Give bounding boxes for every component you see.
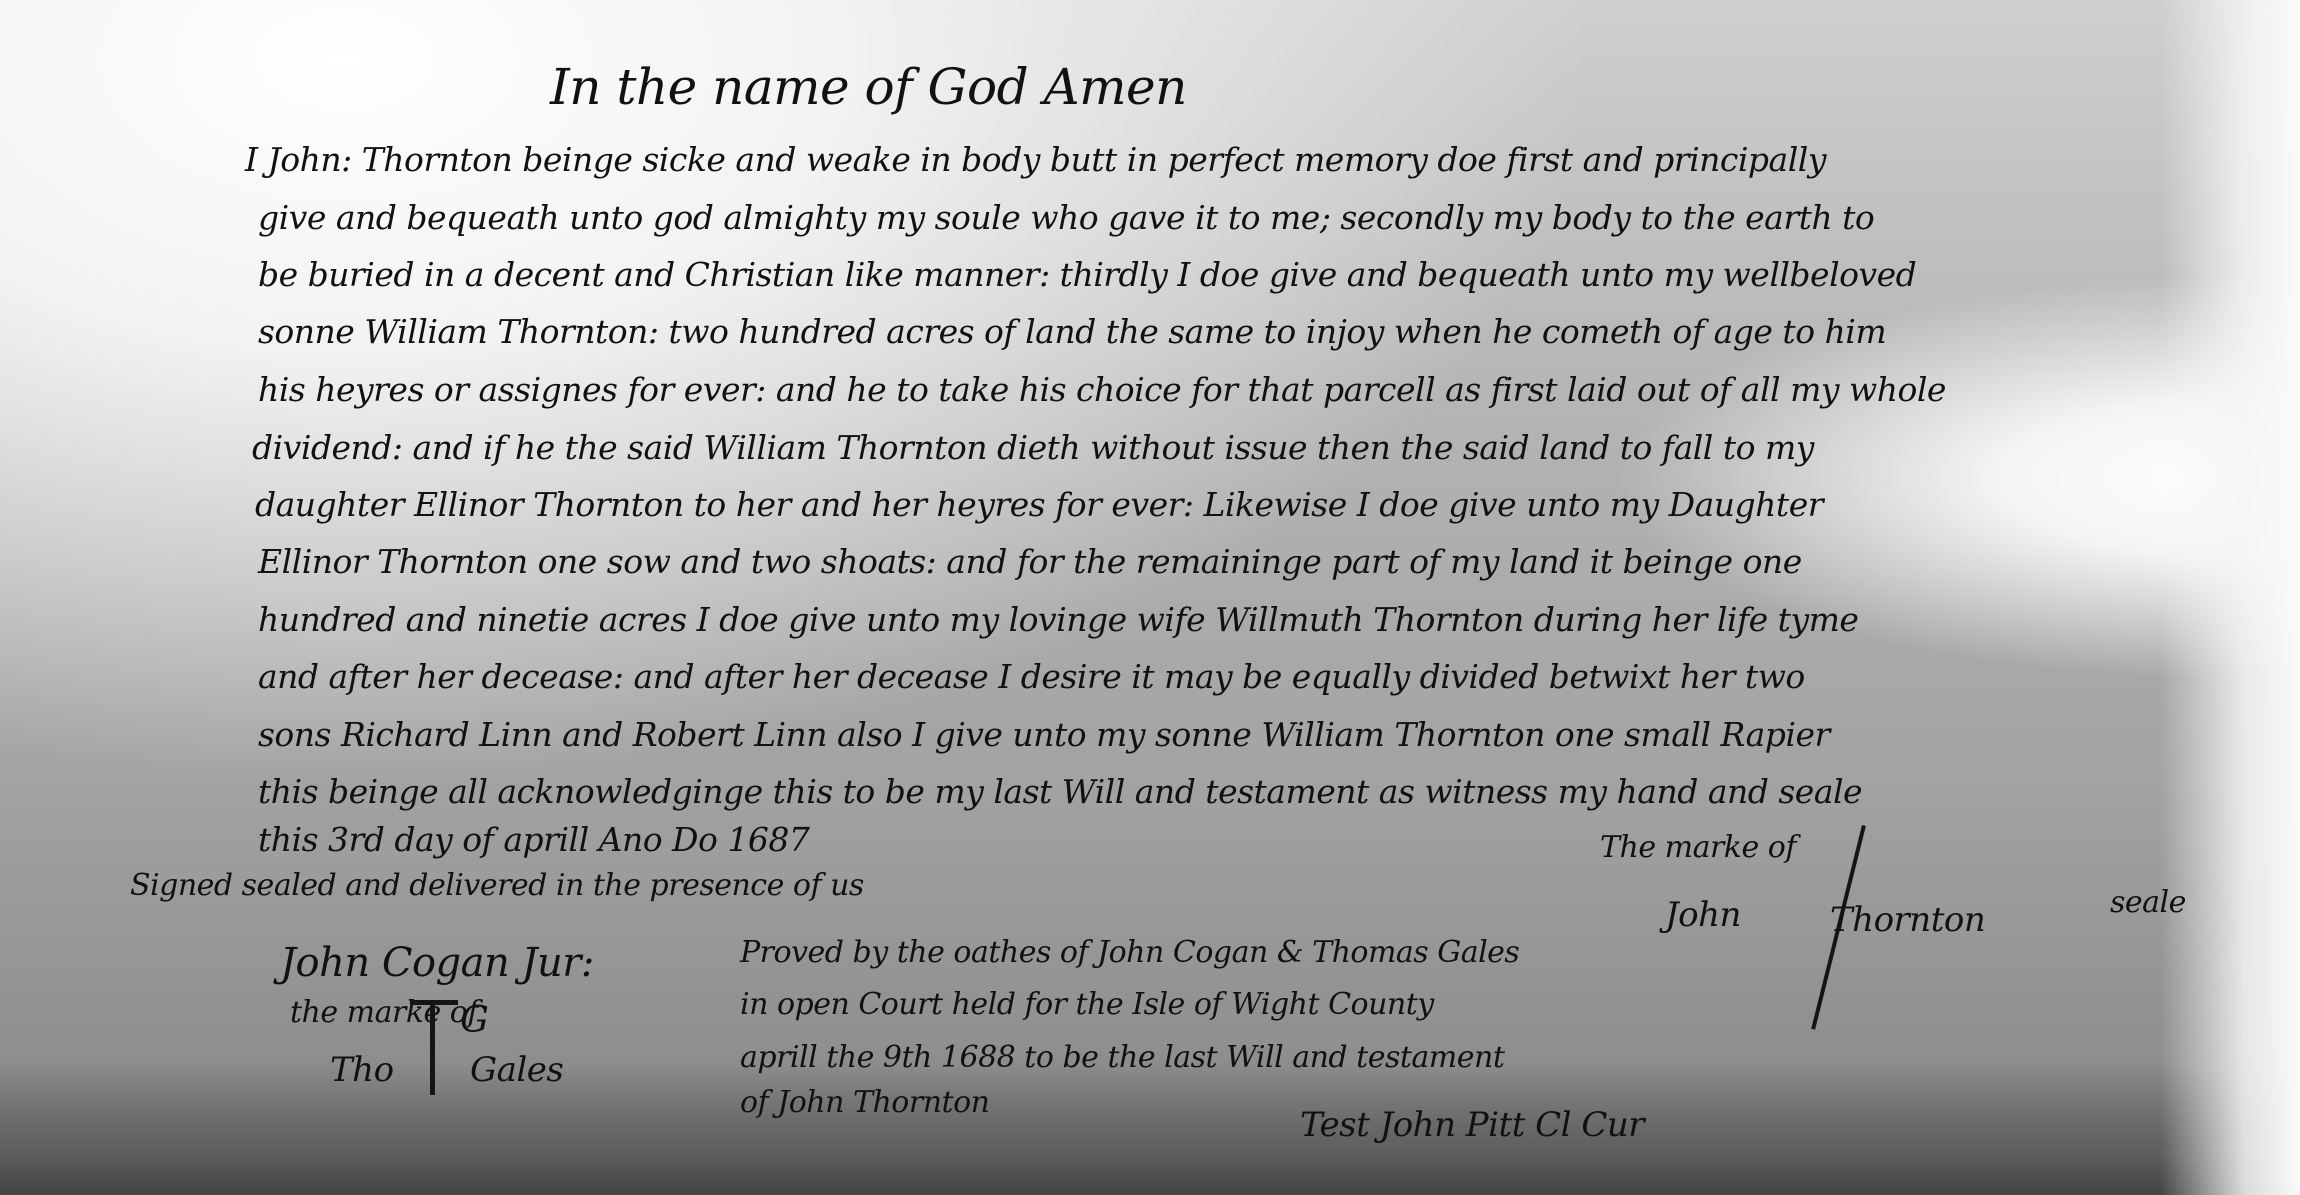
witness-john-cogan: John Cogan Jur: [280,940,594,986]
testator-first-name: John [1665,895,1741,935]
document-heading: In the name of God Amen [550,58,1187,116]
will-line-4: sonne William Thornton: two hundred acre… [258,312,1886,351]
will-line-2: give and bequeath unto god almighty my s… [258,198,1874,237]
will-line-11: sons Richard Linn and Robert Linn also I… [258,715,1830,754]
attestation-clause: Signed sealed and delivered in the prese… [130,868,864,903]
witness-initial: G [460,1000,488,1041]
will-line-1: I John: Thornton beinge sicke and weake … [245,140,1826,179]
will-line-9: hundred and ninetie acres I doe give unt… [258,600,1858,639]
probate-line-4: of John Thornton [740,1085,989,1120]
witness-first-name: Tho [330,1050,394,1090]
will-line-10: and after her decease: and after her dec… [258,657,1805,696]
will-line-7: daughter Ellinor Thornton to her and her… [255,485,1823,524]
testator-last-name: Thornton [1830,900,1985,940]
will-document-scan: In the name of God Amen I John: Thornton… [0,0,2300,1195]
witness-mark-cross-stem [430,1000,435,1095]
will-line-5: his heyres or assignes for ever: and he … [258,370,1946,409]
probate-line-3: aprill the 9th 1688 to be the last Will … [740,1040,1504,1075]
seal-label: seale [2110,885,2186,920]
witness-last-name: Gales [470,1050,563,1090]
testator-mark-label: The marke of [1600,830,1796,865]
will-line-3: be buried in a decent and Christian like… [258,255,1916,294]
will-line-8: Ellinor Thornton one sow and two shoats:… [258,542,1802,581]
will-date-line: this 3rd day of aprill Ano Do 1687 [258,820,809,859]
will-line-6: dividend: and if he the said William Tho… [252,428,1814,467]
probate-line-2: in open Court held for the Isle of Wight… [740,987,1434,1022]
clerk-attestation: Test John Pitt Cl Cur [1300,1105,1644,1145]
probate-line-1: Proved by the oathes of John Cogan & Tho… [740,935,1519,970]
will-line-12: this beinge all acknowledginge this to b… [258,772,1862,811]
